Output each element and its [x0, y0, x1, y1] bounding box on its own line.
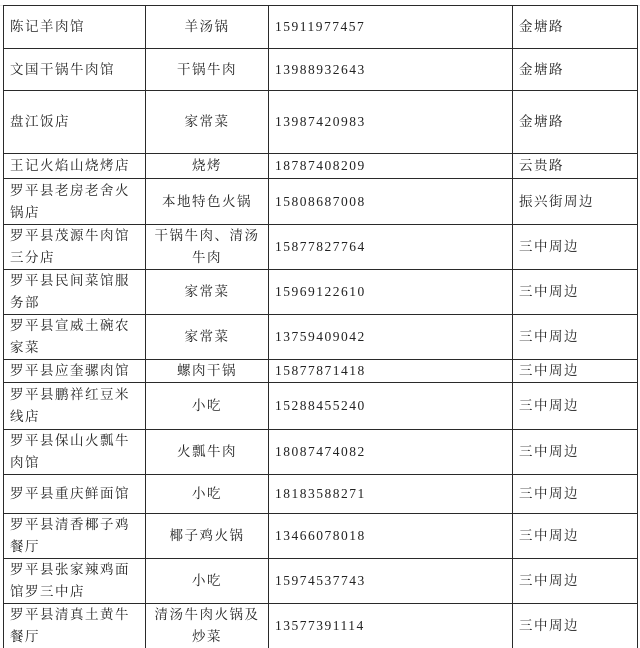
phone-number-cell: 15808687008: [269, 179, 513, 225]
phone-number-cell: 18787408209: [269, 154, 513, 179]
table-row: 王记火焰山烧烤店烧烤18787408209云贵路: [4, 154, 638, 179]
specialty-dish-cell: 烧烤: [146, 154, 269, 179]
restaurant-name-cell: 罗平县张家辣鸡面馆罗三中店: [4, 559, 146, 604]
restaurant-name-cell: 罗平县重庆鲜面馆: [4, 475, 146, 514]
restaurant-name-cell: 陈记羊肉馆: [4, 6, 146, 49]
location-cell: 三中周边: [513, 360, 638, 383]
restaurant-name-cell: 罗平县清香椰子鸡餐厅: [4, 514, 146, 559]
phone-number-cell: 15911977457: [269, 6, 513, 49]
specialty-dish-cell: 清汤牛肉火锅及炒菜: [146, 604, 269, 648]
location-cell: 三中周边: [513, 383, 638, 430]
location-cell: 云贵路: [513, 154, 638, 179]
location-cell: 金塘路: [513, 49, 638, 91]
restaurant-name-cell: 罗平县民间菜馆服务部: [4, 270, 146, 315]
table-row: 罗平县清香椰子鸡餐厅椰子鸡火锅13466078018三中周边: [4, 514, 638, 559]
phone-number-cell: 15877827764: [269, 225, 513, 270]
phone-number-cell: 13759409042: [269, 315, 513, 360]
specialty-dish-cell: 椰子鸡火锅: [146, 514, 269, 559]
restaurant-name-cell: 文国干锅牛肉馆: [4, 49, 146, 91]
location-cell: 三中周边: [513, 475, 638, 514]
specialty-dish-cell: 小吃: [146, 475, 269, 514]
location-cell: 金塘路: [513, 6, 638, 49]
specialty-dish-cell: 火瓢牛肉: [146, 430, 269, 475]
restaurant-table: 陈记羊肉馆羊汤锅15911977457金塘路文国干锅牛肉馆干锅牛肉1398893…: [3, 5, 638, 648]
location-cell: 三中周边: [513, 430, 638, 475]
restaurant-name-cell: 罗平县老房老舍火锅店: [4, 179, 146, 225]
table-row: 文国干锅牛肉馆干锅牛肉13988932643金塘路: [4, 49, 638, 91]
restaurant-name-cell: 罗平县清真土黄牛餐厅: [4, 604, 146, 648]
table-row: 罗平县重庆鲜面馆小吃18183588271三中周边: [4, 475, 638, 514]
specialty-dish-cell: 干锅牛肉: [146, 49, 269, 91]
table-row: 陈记羊肉馆羊汤锅15911977457金塘路: [4, 6, 638, 49]
table-row: 罗平县茂源牛肉馆三分店干锅牛肉、清汤牛肉15877827764三中周边: [4, 225, 638, 270]
restaurant-name-cell: 罗平县应奎骡肉馆: [4, 360, 146, 383]
specialty-dish-cell: 家常菜: [146, 270, 269, 315]
specialty-dish-cell: 本地特色火锅: [146, 179, 269, 225]
phone-number-cell: 15877871418: [269, 360, 513, 383]
table-row: 罗平县保山火瓢牛肉馆火瓢牛肉18087474082三中周边: [4, 430, 638, 475]
specialty-dish-cell: 家常菜: [146, 315, 269, 360]
phone-number-cell: 13577391114: [269, 604, 513, 648]
table-row: 罗平县应奎骡肉馆螺肉干锅15877871418三中周边: [4, 360, 638, 383]
location-cell: 振兴街周边: [513, 179, 638, 225]
table-row: 罗平县老房老舍火锅店本地特色火锅15808687008振兴街周边: [4, 179, 638, 225]
specialty-dish-cell: 小吃: [146, 559, 269, 604]
phone-number-cell: 15969122610: [269, 270, 513, 315]
phone-number-cell: 18087474082: [269, 430, 513, 475]
table-row: 罗平县张家辣鸡面馆罗三中店小吃15974537743三中周边: [4, 559, 638, 604]
restaurant-name-cell: 盘江饭店: [4, 91, 146, 154]
phone-number-cell: 13987420983: [269, 91, 513, 154]
restaurant-name-cell: 罗平县保山火瓢牛肉馆: [4, 430, 146, 475]
location-cell: 三中周边: [513, 604, 638, 648]
location-cell: 三中周边: [513, 559, 638, 604]
location-cell: 金塘路: [513, 91, 638, 154]
specialty-dish-cell: 小吃: [146, 383, 269, 430]
table-row: 罗平县鹏祥红豆米线店小吃15288455240三中周边: [4, 383, 638, 430]
location-cell: 三中周边: [513, 270, 638, 315]
specialty-dish-cell: 干锅牛肉、清汤牛肉: [146, 225, 269, 270]
restaurant-name-cell: 王记火焰山烧烤店: [4, 154, 146, 179]
table-row: 罗平县清真土黄牛餐厅清汤牛肉火锅及炒菜13577391114三中周边: [4, 604, 638, 648]
location-cell: 三中周边: [513, 225, 638, 270]
restaurant-name-cell: 罗平县宣威土碗农家菜: [4, 315, 146, 360]
table-row: 盘江饭店家常菜13987420983金塘路: [4, 91, 638, 154]
specialty-dish-cell: 螺肉干锅: [146, 360, 269, 383]
restaurant-name-cell: 罗平县茂源牛肉馆三分店: [4, 225, 146, 270]
phone-number-cell: 15974537743: [269, 559, 513, 604]
location-cell: 三中周边: [513, 514, 638, 559]
phone-number-cell: 13466078018: [269, 514, 513, 559]
restaurant-name-cell: 罗平县鹏祥红豆米线店: [4, 383, 146, 430]
specialty-dish-cell: 家常菜: [146, 91, 269, 154]
phone-number-cell: 18183588271: [269, 475, 513, 514]
restaurant-table-body: 陈记羊肉馆羊汤锅15911977457金塘路文国干锅牛肉馆干锅牛肉1398893…: [4, 6, 638, 648]
table-row: 罗平县宣威土碗农家菜家常菜13759409042三中周边: [4, 315, 638, 360]
phone-number-cell: 13988932643: [269, 49, 513, 91]
specialty-dish-cell: 羊汤锅: [146, 6, 269, 49]
phone-number-cell: 15288455240: [269, 383, 513, 430]
location-cell: 三中周边: [513, 315, 638, 360]
table-row: 罗平县民间菜馆服务部家常菜15969122610三中周边: [4, 270, 638, 315]
